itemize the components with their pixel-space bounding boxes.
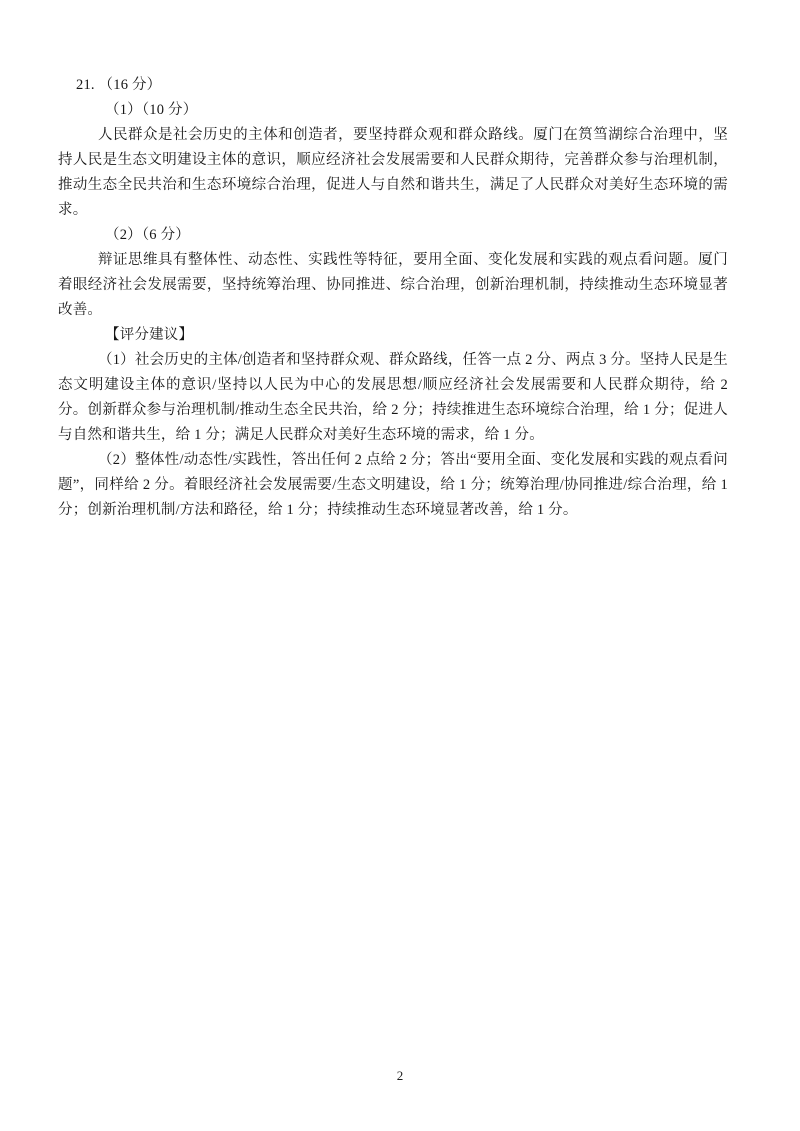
document-page: 21. （16 分） （1）（10 分） 人民群众是社会历史的主体和创造者，要坚… [0,0,800,1131]
answer-key-content: 21. （16 分） （1）（10 分） 人民群众是社会历史的主体和创造者，要坚… [58,73,728,523]
question-heading: 21. （16 分） [58,73,728,98]
page-number: 2 [0,1066,800,1086]
scoring-point-1: （1）社会历史的主体/创造者和坚持群众观、群众路线，任答一点 2 分、两点 3 … [58,348,728,448]
scoring-title: 【评分建议】 [58,323,728,348]
part1-heading: （1）（10 分） [58,98,728,123]
part2-answer: 辩证思维具有整体性、动态性、实践性等特征，要用全面、变化发展和实践的观点看问题。… [58,248,728,323]
part1-answer: 人民群众是社会历史的主体和创造者，要坚持群众观和群众路线。厦门在筼筜湖综合治理中… [58,123,728,223]
scoring-point-2: （2）整体性/动态性/实践性，答出任何 2 点给 2 分；答出“要用全面、变化发… [58,448,728,523]
part2-heading: （2）（6 分） [58,223,728,248]
